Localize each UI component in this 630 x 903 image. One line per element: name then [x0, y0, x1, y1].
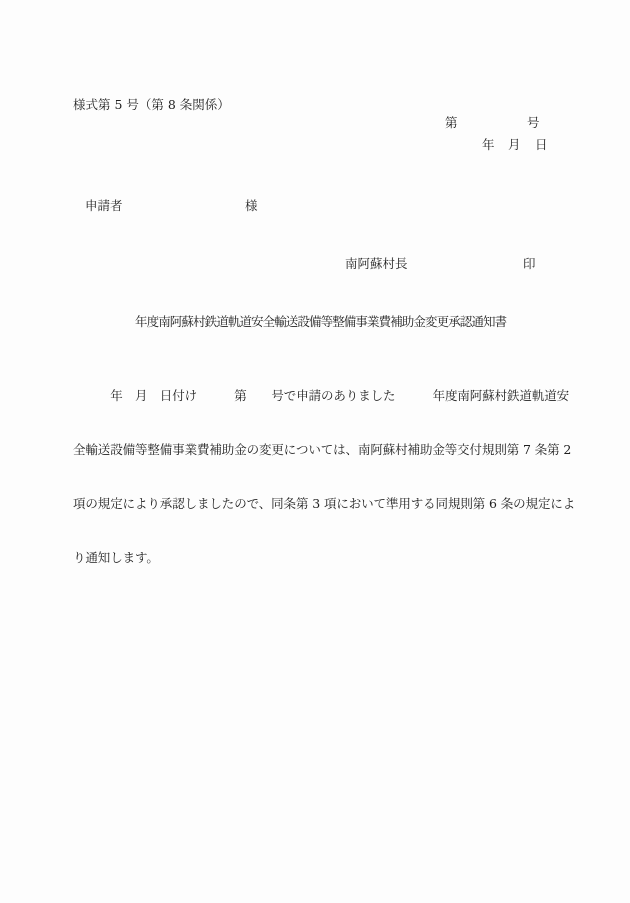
- date-year-label: 年: [482, 137, 495, 153]
- body-line: り通知します。: [73, 547, 573, 570]
- document-title: 年度南阿蘇村鉄道軌道安全輸送設備等整備事業費補助金変更承認通知書: [135, 314, 506, 330]
- issuer-title: 南阿蘇村長: [345, 256, 408, 272]
- applicant-honorific: 様: [245, 198, 258, 214]
- body-paragraph: 年 月 日付け 第 号で申請のありました 年度南阿蘇村鉄道軌道安 全輸送設備等整…: [73, 354, 573, 600]
- doc-number-suffix: 号: [527, 115, 540, 131]
- date-month-label: 月: [508, 137, 521, 153]
- form-number: 様式第 5 号（第 8 条関係）: [73, 97, 230, 113]
- body-line: 年 月 日付け 第 号で申請のありました 年度南阿蘇村鉄道軌道安: [73, 385, 573, 408]
- applicant-label: 申請者: [85, 198, 123, 214]
- seal-mark: 印: [523, 256, 536, 272]
- body-line: 項の規定により承認しましたので、同条第 3 項において準用する同規則第 6 条の…: [73, 493, 573, 516]
- date-day-label: 日: [535, 137, 548, 153]
- doc-number-prefix: 第: [445, 115, 458, 131]
- body-line: 全輸送設備等整備事業費補助金の変更については、南阿蘇村補助金等交付規則第 7 条…: [73, 439, 573, 462]
- document-page: 様式第 5 号（第 8 条関係） 第 号 年 月 日 申請者 様 南阿蘇村長 印…: [0, 0, 630, 903]
